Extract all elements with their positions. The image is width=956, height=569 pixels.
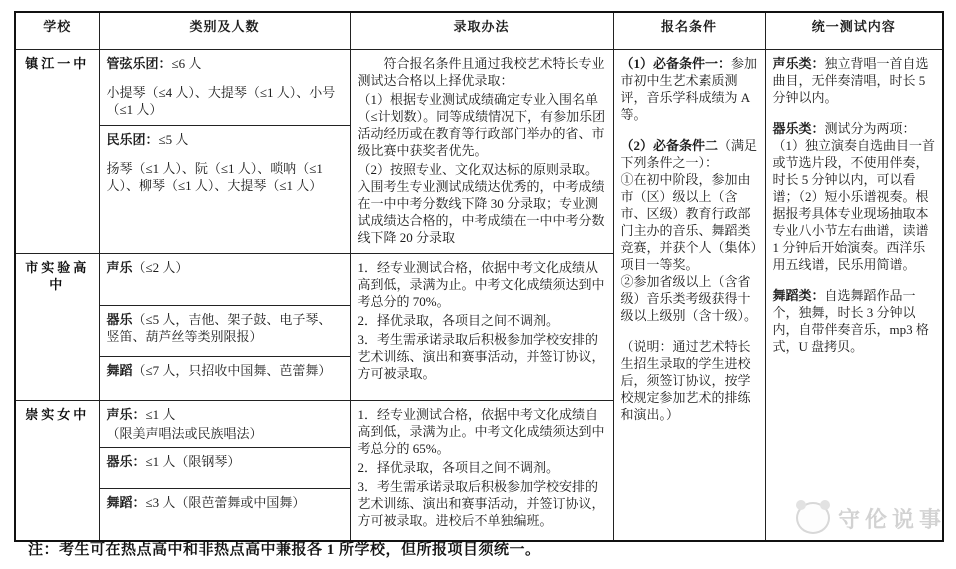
school-name-zhenjiangyizhong: 镇江一中 xyxy=(15,49,99,253)
admission-paragraph: （1）根据专业测试成绩确定专业入围名单（≤计划数）。同等成绩情况下，有参加乐团活… xyxy=(358,91,606,159)
col-header-conditions: 报名条件 xyxy=(613,12,765,49)
table-row: 镇江一中 管弦乐团：≤6 人 小提琴（≤4 人）、大提琴（≤1 人）、小号（≤1… xyxy=(15,49,943,126)
category-cell-instrumental: 器乐（≤5 人，吉他、架子鼓、电子琴、竖笛、葫芦丝等类别限报） xyxy=(99,305,350,356)
header-row: 学校 类别及人数 录取办法 报名条件 统一测试内容 xyxy=(15,12,943,49)
admission-cell-chongshinvzhong: 1．经专业测试合格，依据中考文化成绩自高到低，录满为止。中考文化成绩须达到中考总… xyxy=(350,400,613,541)
category-title: 民乐团：≤5 人 xyxy=(107,131,343,148)
test-paragraph-vocal: 声乐类：独立背唱一首自选曲目，无伴奏清唱，时长 5 分钟以内。 xyxy=(773,55,936,106)
admission-paragraph: 1．经专业测试合格，依据中考文化成绩自高到低，录满为止。中考文化成绩须达到中考总… xyxy=(358,406,606,457)
category-title: 声乐：≤1 人 xyxy=(107,406,343,423)
category-cell-dance: 舞蹈（≤7 人，只招收中国舞、芭蕾舞） xyxy=(99,356,350,400)
conditions-paragraph: （1）必备条件一：参加市初中生艺术素质测评，音乐学科成绩为 A 等。 xyxy=(621,55,758,123)
admission-table: 学校 类别及人数 录取办法 报名条件 统一测试内容 镇江一中 管弦乐团：≤6 人… xyxy=(14,11,944,542)
col-header-admission: 录取办法 xyxy=(350,12,613,49)
category-detail: （限美声唱法或民族唱法） xyxy=(107,425,343,442)
conditions-paragraph: ②参加省级以上（含省级）音乐类考级获得十级以上级别（含十级）。 xyxy=(621,273,758,324)
conditions-paragraph: （2）必备条件二（满足下列条件之一）： xyxy=(621,137,758,171)
category-title: 器乐（≤5 人，吉他、架子鼓、电子琴、竖笛、葫芦丝等类别限报） xyxy=(107,311,343,345)
category-cell-folk-orchestra: 民乐团：≤5 人 扬琴（≤1 人）、阮（≤1 人）、唢呐（≤1 人）、柳琴（≤1… xyxy=(99,126,350,253)
conditions-cell: （1）必备条件一：参加市初中生艺术素质测评，音乐学科成绩为 A 等。 （2）必备… xyxy=(613,49,765,541)
school-name-shishiyangaozhong: 市实验高中 xyxy=(15,253,99,400)
admission-paragraph: 符合报名条件且通过我校艺术特长专业测试达合格以上择优录取： xyxy=(358,55,606,89)
test-paragraph-dance: 舞蹈类：自选舞蹈作品一个，独舞，时长 3 分钟以内，自带伴奏音乐，mp3 格式，… xyxy=(773,287,936,355)
admission-paragraph: 1．经专业测试合格，依据中考文化成绩从高到低，录满为止。中考文化成绩须达到中考总… xyxy=(358,259,606,310)
category-cell-instrumental: 器乐：≤1 人（限钢琴） xyxy=(99,447,350,488)
page: 学校 类别及人数 录取办法 报名条件 统一测试内容 镇江一中 管弦乐团：≤6 人… xyxy=(0,0,956,569)
conditions-paragraph: ①在初中阶段，参加由市（区）级以上（含市、区级）教育行政部门主办的音乐、舞蹈类竞… xyxy=(621,171,758,273)
test-paragraph-instrumental: 器乐类：测试分为两项：（1）独立演奏自选曲目一首或节选片段，不使用伴奏，时长 5… xyxy=(773,120,936,273)
category-cell-orchestra: 管弦乐团：≤6 人 小提琴（≤4 人）、大提琴（≤1 人）、小号（≤1 人） xyxy=(99,49,350,126)
admission-paragraph: 2．择优录取，各项目之间不调剂。 xyxy=(358,459,606,476)
admission-cell-zhenjiangyizhong: 符合报名条件且通过我校艺术特长专业测试达合格以上择优录取： （1）根据专业测试成… xyxy=(350,49,613,253)
test-content-cell: 声乐类：独立背唱一首自选曲目，无伴奏清唱，时长 5 分钟以内。 器乐类：测试分为… xyxy=(765,49,943,541)
admission-cell-shishiyangaozhong: 1．经专业测试合格，依据中考文化成绩从高到低，录满为止。中考文化成绩须达到中考总… xyxy=(350,253,613,400)
conditions-note: （说明：通过艺术特长生招生录取的学生进校后，须签订协议，按学校规定参加艺术的排练… xyxy=(621,338,758,423)
category-title: 舞蹈：≤3 人（限芭蕾舞或中国舞） xyxy=(107,494,343,511)
category-detail: 扬琴（≤1 人）、阮（≤1 人）、唢呐（≤1 人）、柳琴（≤1 人）、大提琴（≤… xyxy=(107,160,343,194)
footnote: 注：考生可在热点高中和非热点高中兼报各 1 所学校，但所报项目须统一。 xyxy=(28,538,928,559)
col-header-test: 统一测试内容 xyxy=(765,12,943,49)
school-name-chongshinvzhong: 崇实女中 xyxy=(15,400,99,541)
category-title: 声乐（≤2 人） xyxy=(107,259,343,276)
admission-paragraph: 2．择优录取，各项目之间不调剂。 xyxy=(358,312,606,329)
admission-paragraph: 3．考生需承诺录取后积极参加学校安排的艺术训练、演出和赛事活动，并签订协议，方可… xyxy=(358,331,606,382)
col-header-category: 类别及人数 xyxy=(99,12,350,49)
admission-paragraph: （2）按照专业、文化双达标的原则录取。入围考生专业测试成绩达优秀的，中考成绩在一… xyxy=(358,161,606,246)
category-title: 器乐：≤1 人（限钢琴） xyxy=(107,453,343,470)
admission-paragraph: 3．考生需承诺录取后积极参加学校安排的艺术训练、演出和赛事活动，并签订协议，方可… xyxy=(358,478,606,529)
category-cell-dance: 舞蹈：≤3 人（限芭蕾舞或中国舞） xyxy=(99,488,350,541)
category-cell-vocal: 声乐（≤2 人） xyxy=(99,253,350,305)
category-title: 舞蹈（≤7 人，只招收中国舞、芭蕾舞） xyxy=(107,362,343,379)
col-header-school: 学校 xyxy=(15,12,99,49)
category-detail: 小提琴（≤4 人）、大提琴（≤1 人）、小号（≤1 人） xyxy=(107,84,343,118)
category-cell-vocal: 声乐：≤1 人 （限美声唱法或民族唱法） xyxy=(99,400,350,447)
category-title: 管弦乐团：≤6 人 xyxy=(107,55,343,72)
